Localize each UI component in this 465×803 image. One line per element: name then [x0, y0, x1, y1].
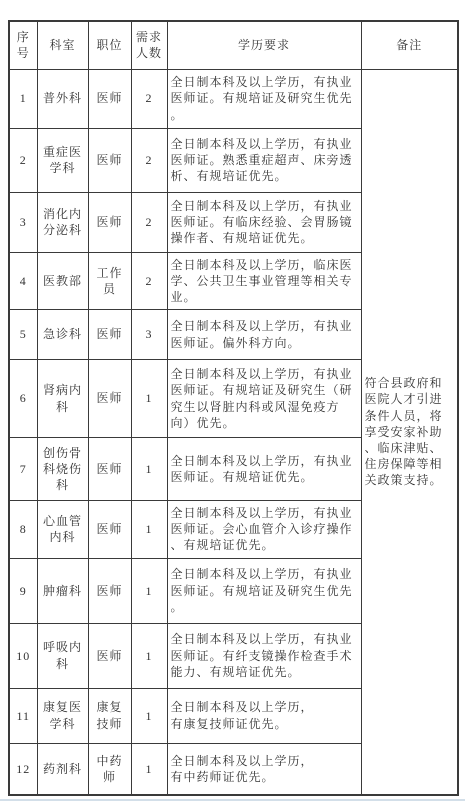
cell-dept: 消化内 分泌科 [37, 192, 88, 252]
cell-title: 医师 [88, 192, 131, 252]
cell-req: 全日制本科及以上学历，有执业 医师证。有规培证及研究生优先 。 [167, 69, 361, 128]
cell-dept: 心血管 内科 [37, 501, 88, 559]
cell-title: 工作 员 [88, 252, 131, 310]
document-page: 序号 科室 职位 需求 人数 学历要求 备注 1 普外科 医师 2 全日制本科及… [0, 0, 465, 803]
cell-count: 2 [131, 252, 167, 310]
header-req: 学历要求 [167, 21, 361, 69]
cell-no: 2 [9, 128, 37, 192]
cell-no: 9 [9, 558, 37, 623]
cell-title: 医师 [88, 558, 131, 623]
cell-dept: 药剂科 [37, 743, 88, 795]
cell-no: 3 [9, 192, 37, 252]
cell-req: 全日制本科及以上学历，有执业 医师证。有规培证及研究生优先 。 [167, 558, 361, 623]
cell-req: 全日制本科及以上学历，临床医 学、公共卫生事业管理等相关专 业。 [167, 252, 361, 310]
cell-count: 1 [131, 501, 167, 559]
cell-remark: 符合县政府和 医院人才引进 条件人员，将 享受安家补助 、临床津贴、 住房保障等… [361, 69, 458, 795]
cell-count: 1 [131, 623, 167, 688]
cell-count: 1 [131, 558, 167, 623]
cell-count: 3 [131, 310, 167, 360]
cell-title: 医师 [88, 128, 131, 192]
cell-title: 医师 [88, 310, 131, 360]
cell-req: 全日制本科及以上学历，有执业 医师证。有纤支镜操作检查手术 能力、有规培证优先。 [167, 623, 361, 688]
cell-no: 4 [9, 252, 37, 310]
cell-no: 7 [9, 438, 37, 501]
cell-dept: 肾病内 科 [37, 360, 88, 438]
header-count: 需求 人数 [131, 21, 167, 69]
cell-dept: 呼吸内 科 [37, 623, 88, 688]
table-header-row: 序号 科室 职位 需求 人数 学历要求 备注 [9, 21, 458, 69]
cell-title: 中药 师 [88, 743, 131, 795]
header-dept: 科室 [37, 21, 88, 69]
cell-title: 医师 [88, 360, 131, 438]
cell-title: 医师 [88, 623, 131, 688]
cell-no: 5 [9, 310, 37, 360]
cell-no: 1 [9, 69, 37, 128]
cell-count: 1 [131, 360, 167, 438]
cell-req: 全日制本科及以上学历， 有康复技师证优先。 [167, 688, 361, 743]
cell-dept: 重症医 学科 [37, 128, 88, 192]
recruitment-table: 序号 科室 职位 需求 人数 学历要求 备注 1 普外科 医师 2 全日制本科及… [8, 20, 459, 796]
cell-no: 10 [9, 623, 37, 688]
cell-req: 全日制本科及以上学历，有执业 医师证。熟悉重症超声、床旁透 析、有规培证优先。 [167, 128, 361, 192]
header-remark: 备注 [361, 21, 458, 69]
cell-title: 医师 [88, 501, 131, 559]
cell-no: 6 [9, 360, 37, 438]
cell-no: 11 [9, 688, 37, 743]
cell-req: 全日制本科及以上学历，有执业 医师证。有规培证优先。 [167, 438, 361, 501]
cell-title: 康复 技师 [88, 688, 131, 743]
cell-count: 2 [131, 192, 167, 252]
header-title: 职位 [88, 21, 131, 69]
cell-count: 2 [131, 69, 167, 128]
cell-count: 1 [131, 688, 167, 743]
cell-dept: 康复医 学科 [37, 688, 88, 743]
cell-dept: 肿瘤科 [37, 558, 88, 623]
table-row: 1 普外科 医师 2 全日制本科及以上学历，有执业 医师证。有规培证及研究生优先… [9, 69, 458, 128]
cell-dept: 医教部 [37, 252, 88, 310]
cell-title: 医师 [88, 438, 131, 501]
scan-artifact-line [0, 799, 465, 801]
cell-count: 1 [131, 743, 167, 795]
header-no: 序号 [9, 21, 37, 69]
cell-dept: 创伤骨 科烧伤 科 [37, 438, 88, 501]
cell-req: 全日制本科及以上学历，有执业 医师证。有临床经验、会胃肠镜 操作者、有规培证优先… [167, 192, 361, 252]
cell-count: 2 [131, 128, 167, 192]
cell-req: 全日制本科及以上学历， 有中药师证优先。 [167, 743, 361, 795]
cell-dept: 急诊科 [37, 310, 88, 360]
cell-no: 12 [9, 743, 37, 795]
cell-req: 全日制本科及以上学历，有执业 医师证。会心血管介入诊疗操作 、有规培证优先。 [167, 501, 361, 559]
cell-no: 8 [9, 501, 37, 559]
cell-req: 全日制本科及以上学历，有执业 医师证。偏外科方向。 [167, 310, 361, 360]
cell-count: 1 [131, 438, 167, 501]
cell-req: 全日制本科及以上学历，有执业 医师证。有规培证及研究生（研 究生以肾脏内科或风湿… [167, 360, 361, 438]
cell-dept: 普外科 [37, 69, 88, 128]
cell-title: 医师 [88, 69, 131, 128]
